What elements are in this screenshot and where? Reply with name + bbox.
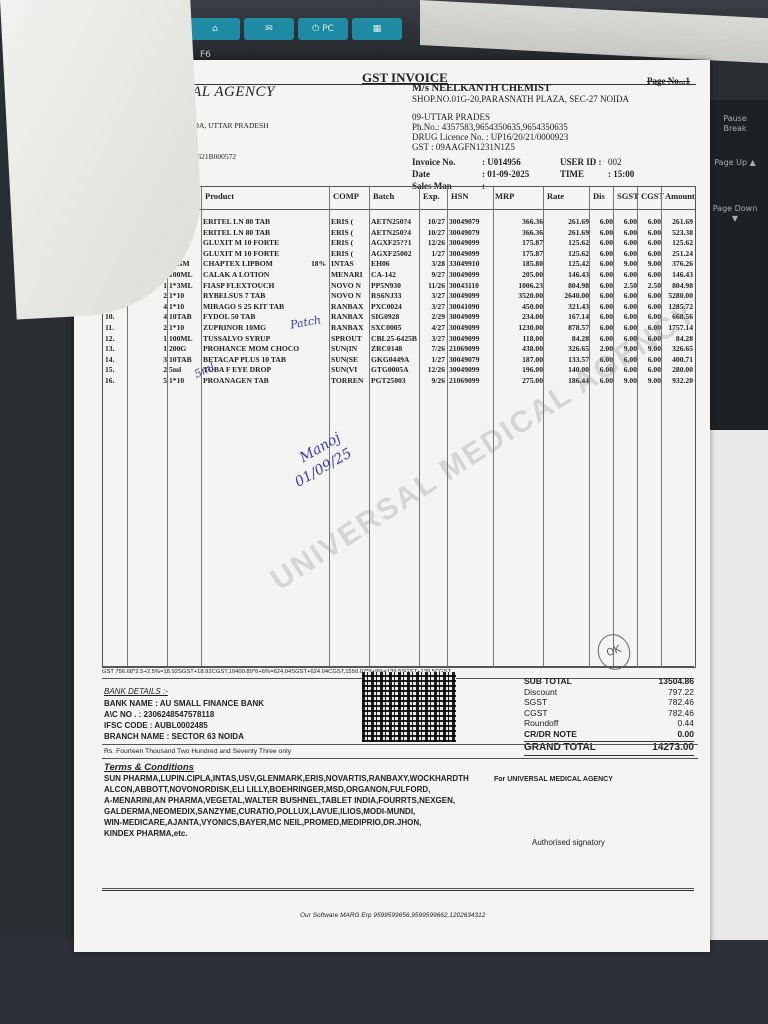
cell-amount: 280.00	[663, 365, 693, 374]
cell-hsn: 30049099	[449, 291, 491, 300]
cell-batch: AGXF25002	[371, 249, 419, 258]
total-label: SUB TOTAL	[524, 676, 572, 687]
cell-sn: 12.	[105, 334, 127, 343]
signature-line	[102, 890, 694, 891]
total-row: CR/DR NOTE0.00	[524, 729, 694, 740]
cell-dis: 6.00	[591, 249, 613, 258]
cell-amount: 251.24	[663, 249, 693, 258]
f6-key: F6	[200, 50, 211, 60]
invoice-no-label: Invoice No.	[412, 156, 482, 168]
cell-sgst: 6.00	[615, 217, 637, 226]
cell-exp: 4/27	[421, 323, 445, 332]
total-value: 782.46	[668, 697, 694, 708]
cell-comp: ERIS (	[331, 238, 369, 247]
cell-sgst: 6.00	[615, 228, 637, 237]
cell-dis: 6.00	[591, 270, 613, 279]
cell-batch: SIG0928	[371, 312, 419, 321]
table-row: 11.21*10ZUPRINOR 10MGRANBAXSXC00054/2730…	[103, 323, 695, 334]
cell-rate: 326.65	[545, 344, 589, 353]
column-header-mrp: MRP	[495, 191, 514, 201]
column-header-dis: Dis	[593, 191, 605, 201]
buyer-gst: GST : 09AAGFN1231N1Z5	[412, 142, 629, 152]
cell-dis: 6.00	[591, 281, 613, 290]
cell-rate: 146.43	[545, 270, 589, 279]
cell-comp: RANBAX	[331, 312, 369, 321]
cell-hsn: 30049099	[449, 365, 491, 374]
cell-comp: RANBAX	[331, 323, 369, 332]
column-header-batch: Batch	[373, 191, 394, 201]
cell-pack: 1*10	[169, 291, 201, 300]
items-table: IRN NO. : Sn.Qty.PackProductCOMPBatchExp…	[102, 186, 696, 668]
cell-batch: AETN250?4	[371, 228, 419, 237]
table-row: 9.41*10MIRAGO S 25 KIT TABRANBAXPXC00243…	[103, 302, 695, 313]
cell-qty: 3	[127, 355, 167, 364]
cell-exp: 3/27	[421, 291, 445, 300]
invoice-time: : 15:00	[608, 168, 634, 180]
column-divider	[369, 187, 370, 667]
cell-comp: ERIS (	[331, 217, 369, 226]
cell-dis: 6.00	[591, 228, 613, 237]
power-key: ⏻ PC	[298, 18, 348, 40]
cell-batch: GTG0005A	[371, 365, 419, 374]
invoice-no: : U014956	[482, 156, 560, 168]
cell-sgst: 6.00	[615, 270, 637, 279]
cell-batch: PP5N930	[371, 281, 419, 290]
cell-rate: 321.43	[545, 302, 589, 311]
cell-exp: 2/29	[421, 312, 445, 321]
cell-batch: PXC0024	[371, 302, 419, 311]
cell-batch: CBL25-6425B	[371, 334, 419, 343]
qr-code	[362, 672, 456, 742]
cell-hsn: 30049099	[449, 312, 491, 321]
terms-line: ALCON,ABBOTT,NOVONORDISK,ELI LILLY,BOEHR…	[104, 784, 694, 795]
cell-dis: 6.00	[591, 302, 613, 311]
column-divider	[329, 187, 330, 667]
cell-rate: 261.69	[545, 217, 589, 226]
cell-sn: 10.	[105, 312, 127, 321]
cell-mrp: 118.00	[493, 334, 543, 343]
cell-product: CALAK A LOTION	[203, 270, 329, 279]
total-label: Roundoff	[524, 718, 558, 729]
column-divider	[637, 187, 638, 667]
desk-surface	[704, 430, 768, 1024]
cell-sn: 15.	[105, 365, 127, 374]
cell-comp: TORREN	[331, 376, 369, 385]
cell-exp: 7/26	[421, 344, 445, 353]
terms-conditions: Terms & Conditions SUN PHARMA,LUPIN.CIPL…	[102, 762, 694, 889]
page-up-key: Page Up ▲	[712, 158, 758, 168]
cell-dis: 6.00	[591, 238, 613, 247]
cell-exp: 1/27	[421, 355, 445, 364]
keyboard-side: Pause Break Page Up ▲ Page Down ▼	[704, 100, 768, 430]
cell-rate: 878.57	[545, 323, 589, 332]
cell-product: PROANAGEN TAB	[203, 376, 329, 385]
table-row: 5.310GMCHAPTEX LIPBOMINTASEH063/28330499…	[103, 259, 695, 270]
cell-rate: 125.62	[545, 238, 589, 247]
column-divider	[419, 187, 420, 667]
cell-mrp: 234.00	[493, 312, 543, 321]
cell-mrp: 175.87	[493, 249, 543, 258]
total-label: Discount	[524, 687, 557, 698]
cell-pack: 1*10	[169, 323, 201, 332]
terms-heading: Terms & Conditions	[104, 762, 694, 773]
cell-batch: GKG0449A	[371, 355, 419, 364]
cell-cgst: 2.50	[639, 281, 661, 290]
cell-rate: 167.14	[545, 312, 589, 321]
total-value: 13504.86	[659, 676, 694, 687]
total-value: 782.46	[668, 708, 694, 719]
cell-hsn: 21069099	[449, 344, 491, 353]
cell-mrp: 275.00	[493, 376, 543, 385]
cell-product: PROHANCE MOM CHOCO	[203, 344, 329, 353]
cell-cgst: 9.00	[639, 259, 661, 268]
cell-product: RYBELSUS 7 TAB	[203, 291, 329, 300]
column-header-comp: COMP	[333, 191, 359, 201]
cell-comp: SUN(VI	[331, 365, 369, 374]
cell-amount: 376.26	[663, 259, 693, 268]
cell-sgst: 6.00	[615, 238, 637, 247]
cell-hsn: 30049079	[449, 228, 491, 237]
cell-batch: EH06	[371, 259, 419, 268]
cell-dis: 6.00	[591, 323, 613, 332]
cell-pack: 10TAB	[169, 355, 201, 364]
cell-pack: 100ML	[169, 334, 201, 343]
cell-hsn: 30041090	[449, 302, 491, 311]
cell-batch: AGXF25??1	[371, 238, 419, 247]
amount-in-words: Rs. Fourteen Thousand Two Hundred and Se…	[102, 744, 698, 759]
cell-mrp: 3520.00	[493, 291, 543, 300]
column-divider	[613, 187, 614, 667]
cell-hsn: 30049099	[449, 334, 491, 343]
cell-batch: AETN250?4	[371, 217, 419, 226]
cell-comp: ERIS (	[331, 228, 369, 237]
cell-mrp: 1230.00	[493, 323, 543, 332]
column-header-hsn: HSN	[451, 191, 468, 201]
buyer-name: M/s NEELKANTH CHEMIST	[412, 84, 629, 94]
cell-mrp: 1006.23	[493, 281, 543, 290]
cell-cgst: 6.00	[639, 270, 661, 279]
cell-exp: 9/26	[421, 376, 445, 385]
cell-sgst: 6.00	[615, 249, 637, 258]
cell-sgst: 9.00	[615, 259, 637, 268]
cell-batch: PGT25003	[371, 376, 419, 385]
cell-exp: 12/26	[421, 238, 445, 247]
cell-comp: INTAS	[331, 259, 369, 268]
table-row: 4.21*10GLUXIT M 10 FORTEERIS (AGXF250021…	[103, 249, 695, 260]
cell-qty: 2	[127, 323, 167, 332]
cell-product: MIRAGO S 25 KIT TAB	[203, 302, 329, 311]
cell-hsn: 30049099	[449, 270, 491, 279]
cell-dis: 6.00	[591, 312, 613, 321]
cell-comp: SUN(IN	[331, 344, 369, 353]
cell-hsn: 30049099	[449, 238, 491, 247]
user-id-label: USER ID :	[560, 156, 608, 168]
cell-sn: 11.	[105, 323, 127, 332]
user-id: 002	[608, 156, 622, 168]
cell-pack: 200G	[169, 344, 201, 353]
cell-hsn: 33049910	[449, 259, 491, 268]
column-header-sgst: SGST	[617, 191, 639, 201]
cell-cgst: 6.00	[639, 291, 661, 300]
time-label: TIME	[560, 168, 608, 180]
total-row: SUB TOTAL13504.86	[524, 676, 694, 687]
terms-line: A-MENARINI,AN PHARMA,VEGETAL,WALTER BUSH…	[104, 795, 694, 806]
cell-mrp: 438.00	[493, 344, 543, 353]
for-agency: For UNIVERSAL MEDICAL AGENCY	[494, 776, 613, 783]
cell-pack: 10TAB	[169, 312, 201, 321]
cell-amount: 804.98	[663, 281, 693, 290]
pause-break-key: Pause Break	[712, 114, 758, 134]
cell-cgst: 6.00	[639, 228, 661, 237]
cell-batch: RS6NJ33	[371, 291, 419, 300]
cell-cgst: 6.00	[639, 249, 661, 258]
cell-exp: 3/27	[421, 334, 445, 343]
cell-comp: SPROUT	[331, 334, 369, 343]
cell-hsn: 30049079	[449, 355, 491, 364]
cell-sgst: 6.00	[615, 291, 637, 300]
cell-product: TOBA F EYE DROP	[203, 365, 329, 374]
cell-product: ERITEL LN 80 TAB	[203, 228, 329, 237]
cell-exp: 10/27	[421, 217, 445, 226]
table-row: 6.1100MLCALAK A LOTIONMENARICA-1429/2730…	[103, 270, 695, 281]
cell-comp: RANBAX	[331, 302, 369, 311]
cell-cgst: 6.00	[639, 238, 661, 247]
cell-amount: 5280.00	[663, 291, 693, 300]
terms-line: GALDERMA,NEOMEDIX,SANZYME,CURATIO,POLLUX…	[104, 806, 694, 817]
total-row: Roundoff0.44	[524, 718, 694, 729]
buyer-state: 09-UTTAR PRADES	[412, 112, 629, 122]
cell-comp: SUN(SE	[331, 355, 369, 364]
cell-rate: 804.98	[545, 281, 589, 290]
column-divider	[201, 187, 202, 667]
cell-batch: SXC0005	[371, 323, 419, 332]
total-value: 0.44	[677, 718, 694, 729]
cell-pack: 1*10	[169, 302, 201, 311]
column-divider	[447, 187, 448, 667]
desk-bottom	[0, 940, 768, 1024]
total-label: CR/DR NOTE	[524, 729, 577, 740]
cell-product: GLUXIT M 10 FORTE	[203, 238, 329, 247]
invoice-date: : 01-09-2025	[482, 168, 560, 180]
cell-exp: 9/27	[421, 270, 445, 279]
calculator-key: ▦	[352, 18, 402, 40]
cell-qty: 2	[127, 365, 167, 374]
cell-dis: 6.00	[591, 334, 613, 343]
cell-rate: 261.69	[545, 228, 589, 237]
column-header-product: Product	[205, 191, 234, 201]
total-value: 797.22	[668, 687, 694, 698]
cell-hsn: 30049079	[449, 217, 491, 226]
cell-sn: 14.	[105, 355, 127, 364]
terms-line: WIN-MEDICARE,AJANTA,VYONICS,BAYER,MC NEI…	[104, 817, 694, 828]
cell-exp: 11/26	[421, 281, 445, 290]
cell-cgst: 6.00	[639, 302, 661, 311]
column-divider	[661, 187, 662, 667]
cell-cgst: 6.00	[639, 365, 661, 374]
cell-sn: 16.	[105, 376, 127, 385]
cell-product: FIASP FLEXTOUCH	[203, 281, 329, 290]
cell-comp: NOVO N	[331, 291, 369, 300]
terms-line: KINDEX PHARMA,etc.	[104, 828, 694, 839]
cell-rate: 125.62	[545, 249, 589, 258]
cell-product: TUSSALVO SYRUP	[203, 334, 329, 343]
cell-mrp: 450.00	[493, 302, 543, 311]
total-row: SGST782.46	[524, 697, 694, 708]
tax-note: 18%	[311, 259, 326, 268]
cell-qty: 1	[127, 334, 167, 343]
cell-mrp: 366.36	[493, 228, 543, 237]
buyer-details: M/s NEELKANTH CHEMIST SHOP.NO.01G-20,PAR…	[412, 84, 629, 152]
cell-dis: 6.00	[591, 291, 613, 300]
cell-exp: 1/27	[421, 249, 445, 258]
total-value: 0.00	[677, 729, 694, 740]
cell-dis: 6.00	[591, 259, 613, 268]
home-key: ⌂	[190, 18, 240, 40]
cell-sgst: 6.00	[615, 302, 637, 311]
cell-amount: 523.38	[663, 228, 693, 237]
cell-pack: 1*3ML	[169, 281, 201, 290]
cell-qty: 5	[127, 376, 167, 385]
cell-amount: 146.43	[663, 270, 693, 279]
cell-batch: CA-142	[371, 270, 419, 279]
cell-rate: 125.42	[545, 259, 589, 268]
cell-amount: 400.71	[663, 355, 693, 364]
cell-exp: 10/27	[421, 228, 445, 237]
software-credit: Our Software MARG Erp 9599599656,9599599…	[300, 912, 485, 919]
date-label: Date	[412, 168, 482, 180]
cell-mrp: 196.00	[493, 365, 543, 374]
cell-comp: NOVO N	[331, 281, 369, 290]
cell-qty: 1	[127, 344, 167, 353]
cell-cgst: 6.00	[639, 217, 661, 226]
cell-dis: 6.00	[591, 217, 613, 226]
cell-hsn: 30043110	[449, 281, 491, 290]
buyer-phone: Ph.No.: 4357583,9654350635,9654350635	[412, 122, 629, 132]
cell-mrp: 366.36	[493, 217, 543, 226]
cell-qty: 4	[127, 312, 167, 321]
total-row: CGST782.46	[524, 708, 694, 719]
column-header-rate: Rate	[547, 191, 564, 201]
cell-comp: MENARI	[331, 270, 369, 279]
cell-mrp: 205.00	[493, 270, 543, 279]
cell-cgst: 9.00	[639, 376, 661, 385]
cell-amount: 932.20	[663, 376, 693, 385]
cell-sn: 13.	[105, 344, 127, 353]
cell-hsn: 30049099	[449, 249, 491, 258]
cell-exp: 3/28	[421, 259, 445, 268]
cell-product: BETACAP PLUS 10 TAB	[203, 355, 329, 364]
cell-mrp: 175.87	[493, 238, 543, 247]
cell-product: ERITEL LN 80 TAB	[203, 217, 329, 226]
column-header-exp: Exp.	[423, 191, 440, 201]
page-down-key: Page Down ▼	[712, 204, 758, 224]
cell-amount: 261.69	[663, 217, 693, 226]
total-label: CGST	[524, 708, 548, 719]
cell-rate: 2640.00	[545, 291, 589, 300]
cell-mrp: 187.00	[493, 355, 543, 364]
buyer-address: SHOP.NO.01G-20,PARASNATH PLAZA, SEC-27 N…	[412, 94, 629, 104]
cell-exp: 3/27	[421, 302, 445, 311]
cell-hsn: 30049099	[449, 323, 491, 332]
cell-rate: 84.28	[545, 334, 589, 343]
cell-mrp: 185.80	[493, 259, 543, 268]
buyer-drug-licence: DRUG Licence No. : UP16/20/21/0000923	[412, 132, 629, 142]
cell-batch: ZRC0148	[371, 344, 419, 353]
cell-hsn: 21069099	[449, 376, 491, 385]
table-row: 7.11*3MLFIASP FLEXTOUCHNOVO NPP5N93011/2…	[103, 281, 695, 292]
total-row: Discount797.22	[524, 687, 694, 698]
cell-amount: 125.62	[663, 238, 693, 247]
cell-comp: ERIS (	[331, 249, 369, 258]
table-row: 8.21*10RYBELSUS 7 TABNOVO NRS6NJ333/2730…	[103, 291, 695, 302]
cell-exp: 12/26	[421, 365, 445, 374]
table-row: 10.410TABFYDOL 50 TABRANBAXSIG09282/2930…	[103, 312, 695, 323]
cell-sgst: 6.00	[615, 312, 637, 321]
total-label: SGST	[524, 697, 547, 708]
mail-key: ✉	[244, 18, 294, 40]
table-row: 12.1100MLTUSSALVO SYRUPSPROUTCBL25-6425B…	[103, 334, 695, 345]
cell-product: GLUXIT M 10 FORTE	[203, 249, 329, 258]
cell-sgst: 2.50	[615, 281, 637, 290]
column-divider	[589, 187, 590, 667]
column-header-amount: Amount	[665, 191, 695, 201]
authorised-signatory: Authorised signatory	[532, 838, 605, 847]
